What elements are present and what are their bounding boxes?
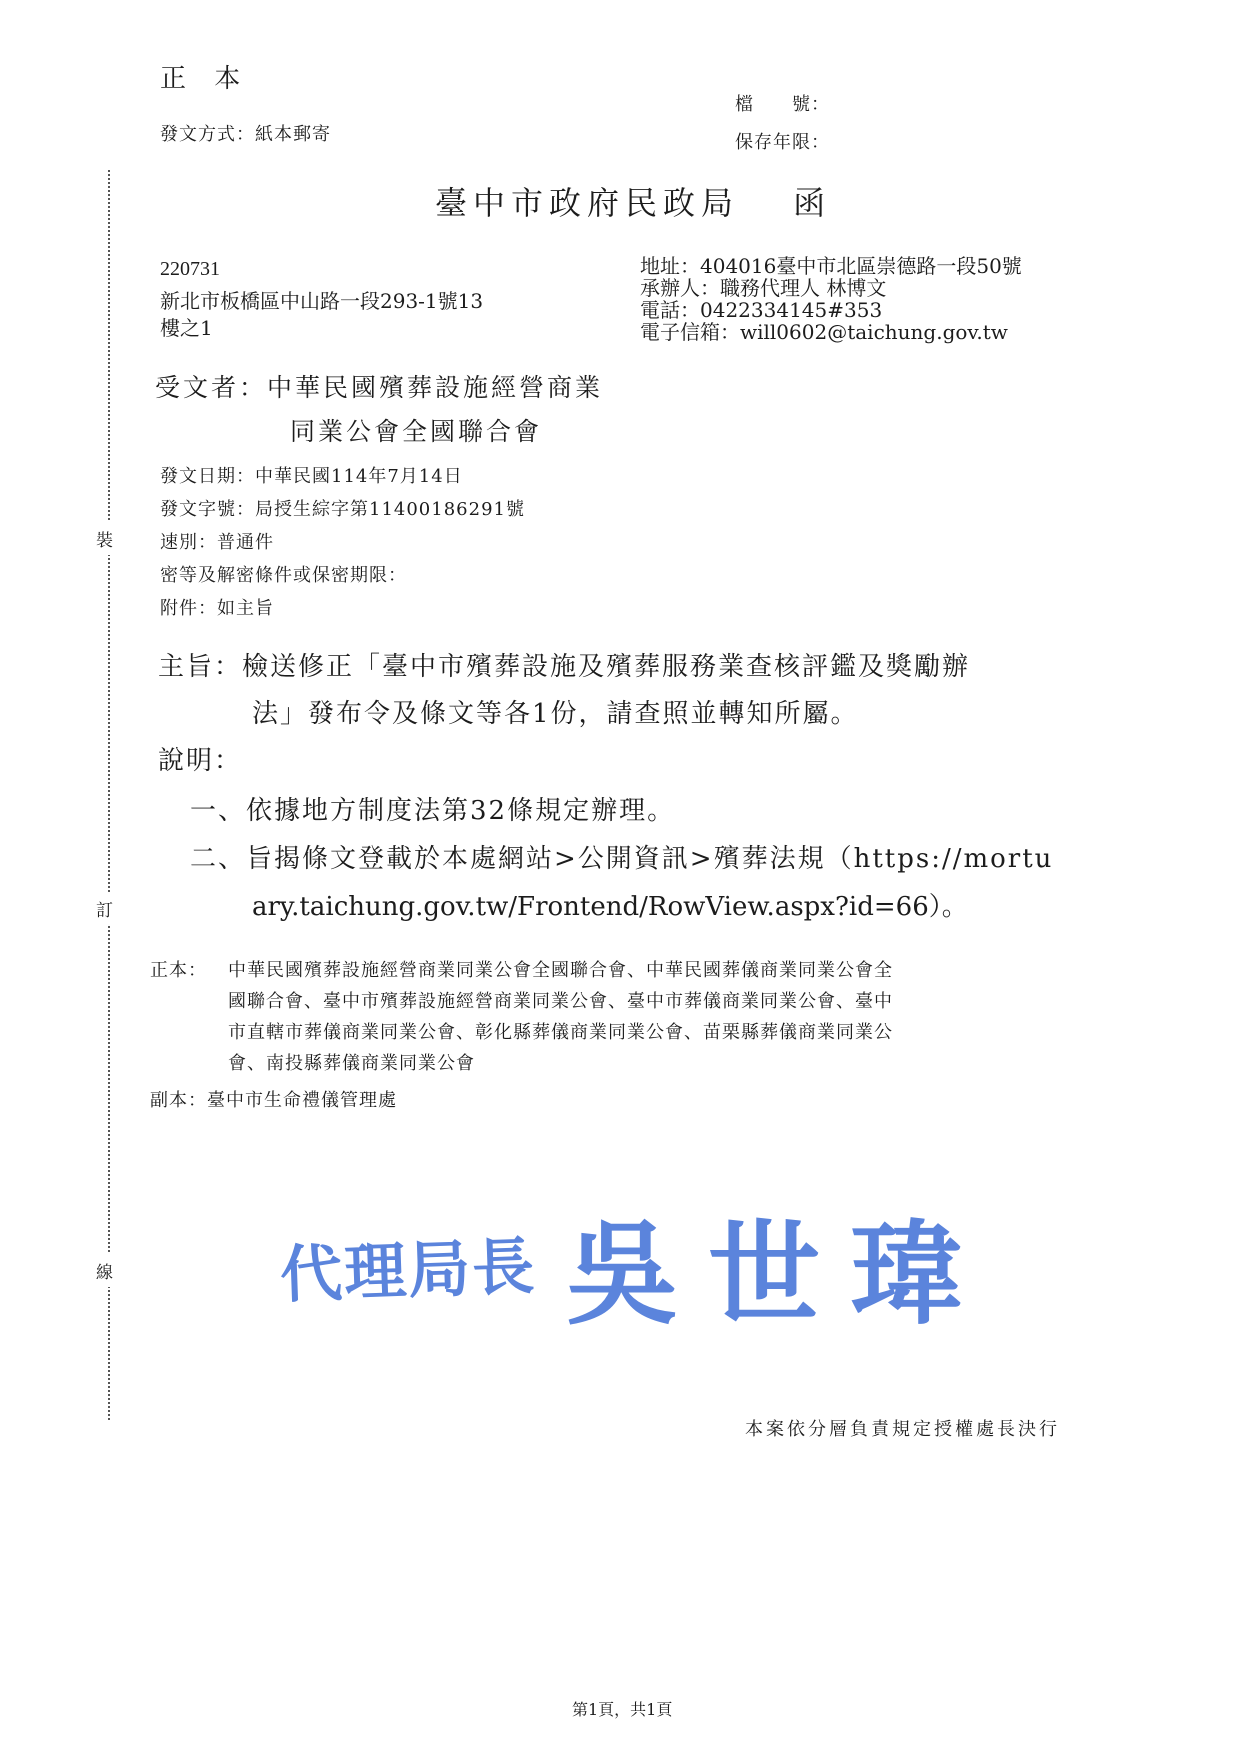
signature-title: 代理局長 xyxy=(279,1217,538,1315)
item-marker: 二、 xyxy=(190,844,246,874)
delivery-method-value: 紙本郵寄 xyxy=(255,124,331,145)
copy-recipients: 副本：臺中市生命禮儀管理處 xyxy=(150,1086,397,1112)
recipient-line2: 同業公會全國聯合會 xyxy=(290,412,542,448)
subject-line2: 法」發布令及條文等各1份，請查照並轉知所屬。 xyxy=(252,693,859,730)
page-number: 第1頁，共1頁 xyxy=(572,1697,672,1720)
original-label: 正本： xyxy=(150,955,207,986)
subject: 主旨：檢送修正「臺中市殯葬設施及殯葬服務業查核評鑑及獎勵辦 xyxy=(158,646,970,683)
binding-mark-zhuang: 裝 xyxy=(96,522,113,555)
binding-mark-ding: 訂 xyxy=(96,892,113,925)
explanation-item-2-cont: ary.taichung.gov.tw/Frontend/RowView.asp… xyxy=(252,886,968,923)
copy-type: 正 本 xyxy=(160,58,250,95)
recipient-address-line1: 新北市板橋區中山路一段293-1號13 xyxy=(160,285,483,314)
original-line: 國聯合會、臺中市殯葬設施經營商業同業公會、臺中市葬儀商業同業公會、臺中 xyxy=(228,986,893,1017)
document-number: 發文字號：局授生綜字第11400186291號 xyxy=(160,495,525,521)
issue-date: 發文日期：中華民國114年7月14日 xyxy=(160,462,463,488)
original-line: 中華民國殯葬設施經營商業同業公會全國聯合會、中華民國葬儀商業同業公會全 xyxy=(228,955,893,986)
signature-stamp: 代理局長吳世瑋 xyxy=(280,1185,1000,1345)
recipient-address-line2: 樓之1 xyxy=(160,312,213,341)
sender-email: 電子信箱：will0602@taichung.gov.tw xyxy=(640,316,1008,345)
subject-line1: 檢送修正「臺中市殯葬設施及殯葬服務業查核評鑑及獎勵辦 xyxy=(242,652,970,682)
subject-label: 主旨： xyxy=(158,652,242,682)
recipient: 受文者：中華民國殯葬設施經營商業 xyxy=(155,368,603,404)
delegation-note: 本案依分層負責規定授權處長決行 xyxy=(745,1415,1060,1441)
delivery-method-label: 發文方式： xyxy=(160,124,255,145)
item-text: 旨揭條文登載於本處網站>公開資訊>殯葬法規（https://mortu xyxy=(246,844,1053,874)
classification: 密等及解密條件或保密期限： xyxy=(160,561,407,587)
item-text: 依據地方制度法第32條規定辦理。 xyxy=(246,796,675,826)
original-recipients: 正本： 中華民國殯葬設施經營商業同業公會全國聯合會、中華民國葬儀商業同業公會全 … xyxy=(150,955,893,1079)
copy-label: 副本： xyxy=(150,1090,207,1111)
retention-period-label: 保存年限： xyxy=(735,128,830,154)
explanation-item-1: 一、依據地方制度法第32條規定辦理。 xyxy=(190,790,675,827)
signature-name: 吳世瑋 xyxy=(566,1185,992,1346)
file-number-label: 檔 號： xyxy=(735,90,830,116)
original-line: 市直轄市葬儀商業同業公會、彰化縣葬儀商業同業公會、苗栗縣葬儀商業同業公 xyxy=(228,1017,893,1048)
page-title: 臺中市政府民政局 函 xyxy=(435,178,831,224)
recipient-line1: 中華民國殯葬設施經營商業 xyxy=(267,373,603,402)
recipient-label: 受文者： xyxy=(155,373,267,402)
binding-mark-xian: 線 xyxy=(96,1254,113,1287)
attachment: 附件：如主旨 xyxy=(160,594,274,620)
priority: 速別：普通件 xyxy=(160,528,274,554)
item-marker: 一、 xyxy=(190,796,246,826)
explanation-label: 說明： xyxy=(158,740,242,777)
copy-line: 臺中市生命禮儀管理處 xyxy=(207,1090,397,1111)
delivery-method: 發文方式：紙本郵寄 xyxy=(160,120,331,146)
binding-line xyxy=(108,170,110,1420)
explanation-item-2: 二、旨揭條文登載於本處網站>公開資訊>殯葬法規（https://mortu xyxy=(190,838,1053,875)
postal-code: 220731 xyxy=(160,258,220,281)
original-line: 會、南投縣葬儀商業同業公會 xyxy=(228,1048,893,1079)
